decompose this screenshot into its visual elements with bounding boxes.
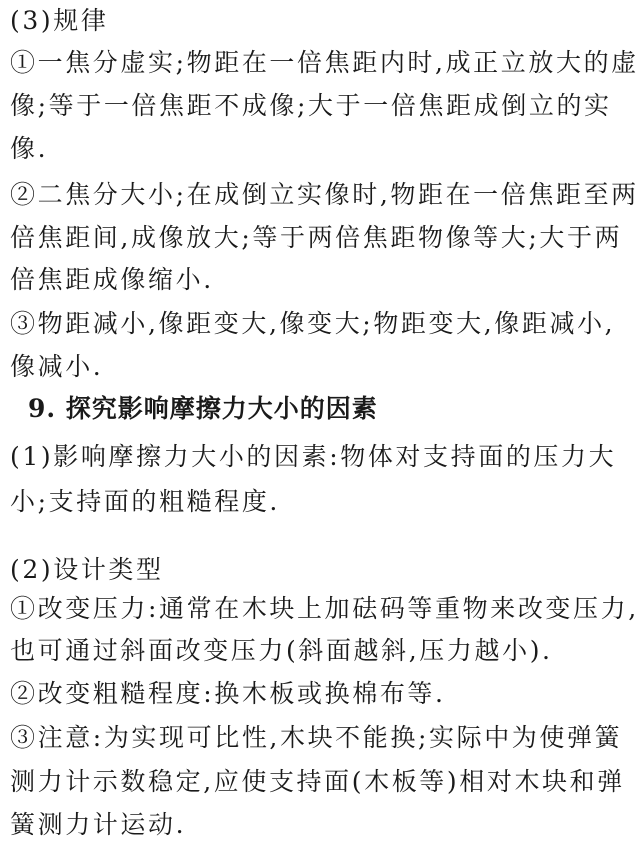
design-1-line-1: ①改变压力:通常在木块上加砝码等重物来改变压力,	[10, 594, 636, 624]
design-3-line-2: 测力计示数稳定,应使支持面(木板等)相对木块和弹	[10, 767, 636, 797]
subsection-title-rules: (3)规律	[10, 6, 636, 36]
factors-line-2: 小;支持面的粗糙程度.	[10, 487, 636, 517]
subsection-title-design: (2)设计类型	[10, 555, 636, 585]
section-heading-friction: 9. 探究影响摩擦力大小的因素	[28, 394, 636, 424]
rule-3-line-2: 像减小.	[10, 352, 636, 382]
rule-2-line-3: 倍焦距成像缩小.	[10, 265, 636, 295]
rule-3-line-1: ③物距减小,像距变大,像变大;物距变大,像距减小,	[10, 309, 636, 339]
design-3-line-3: 簧测力计运动.	[10, 810, 636, 840]
design-1-line-2: 也可通过斜面改变压力(斜面越斜,压力越小).	[10, 636, 636, 666]
factors-line-1: (1)影响摩擦力大小的因素:物体对支持面的压力大	[10, 442, 636, 472]
rule-1-line-1: ①一焦分虚实;物距在一倍焦距内时,成正立放大的虚	[10, 48, 636, 78]
design-3-line-1: ③注意:为实现可比性,木块不能换;实际中为使弹簧	[10, 723, 636, 753]
design-2-line-1: ②改变粗糙程度:换木板或换棉布等.	[10, 679, 636, 709]
rule-1-line-2: 像;等于一倍焦距不成像;大于一倍焦距成倒立的实	[10, 91, 636, 121]
rule-2-line-1: ②二焦分大小;在成倒立实像时,物距在一倍焦距至两	[10, 180, 636, 210]
rule-2-line-2: 倍焦距间,成像放大;等于两倍焦距物像等大;大于两	[10, 223, 636, 253]
rule-1-line-3: 像.	[10, 134, 636, 164]
